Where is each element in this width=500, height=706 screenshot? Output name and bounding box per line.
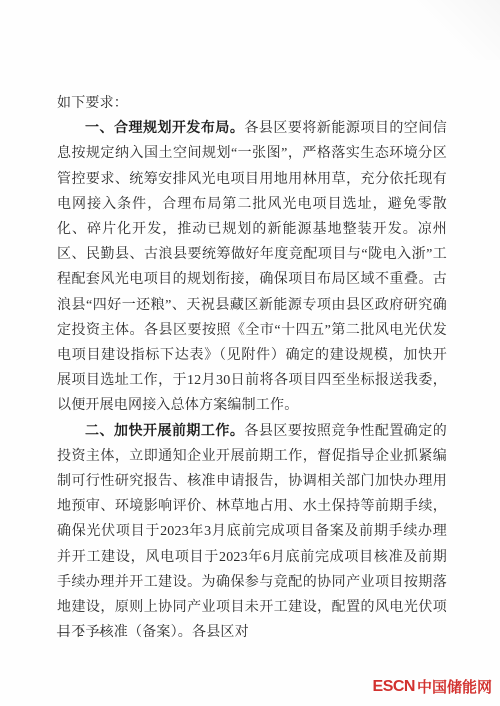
section-1-body-text: 各县区要将新能源项目的空间信息按规定纳入国土空间规划“一张图”，严格落实生态环境…: [57, 121, 447, 413]
section-2-paragraph: 二、加快开展前期工作。各县区要按照竞争性配置确定的投资主体，立即通知企业开展前期…: [57, 419, 447, 646]
page-number: — 2 —: [57, 624, 106, 640]
escn-logo-en-text: ESCN: [373, 678, 415, 696]
intro-line: 如下要求：: [57, 91, 447, 116]
section-1-paragraph: 一、合理规划开发布局。各县区要将新能源项目的空间信息按规定纳入国土空间规划“一张…: [57, 116, 447, 418]
document-body: 如下要求： 一、合理规划开发布局。各县区要将新能源项目的空间信息按规定纳入国土空…: [57, 91, 447, 645]
document-page: 如下要求： 一、合理规划开发布局。各县区要将新能源项目的空间信息按规定纳入国土空…: [0, 0, 500, 706]
escn-watermark-logo: ESCN 中国储能网: [373, 676, 492, 697]
escn-logo-cn-text: 中国储能网: [417, 676, 492, 697]
section-2-heading: 二、加快开展前期工作。: [85, 424, 244, 439]
section-1-heading: 一、合理规划开发布局。: [85, 121, 244, 136]
section-2-body-text: 各县区要按照竞争性配置确定的投资主体，立即通知企业开展前期工作，督促指导企业抓紧…: [57, 424, 447, 641]
